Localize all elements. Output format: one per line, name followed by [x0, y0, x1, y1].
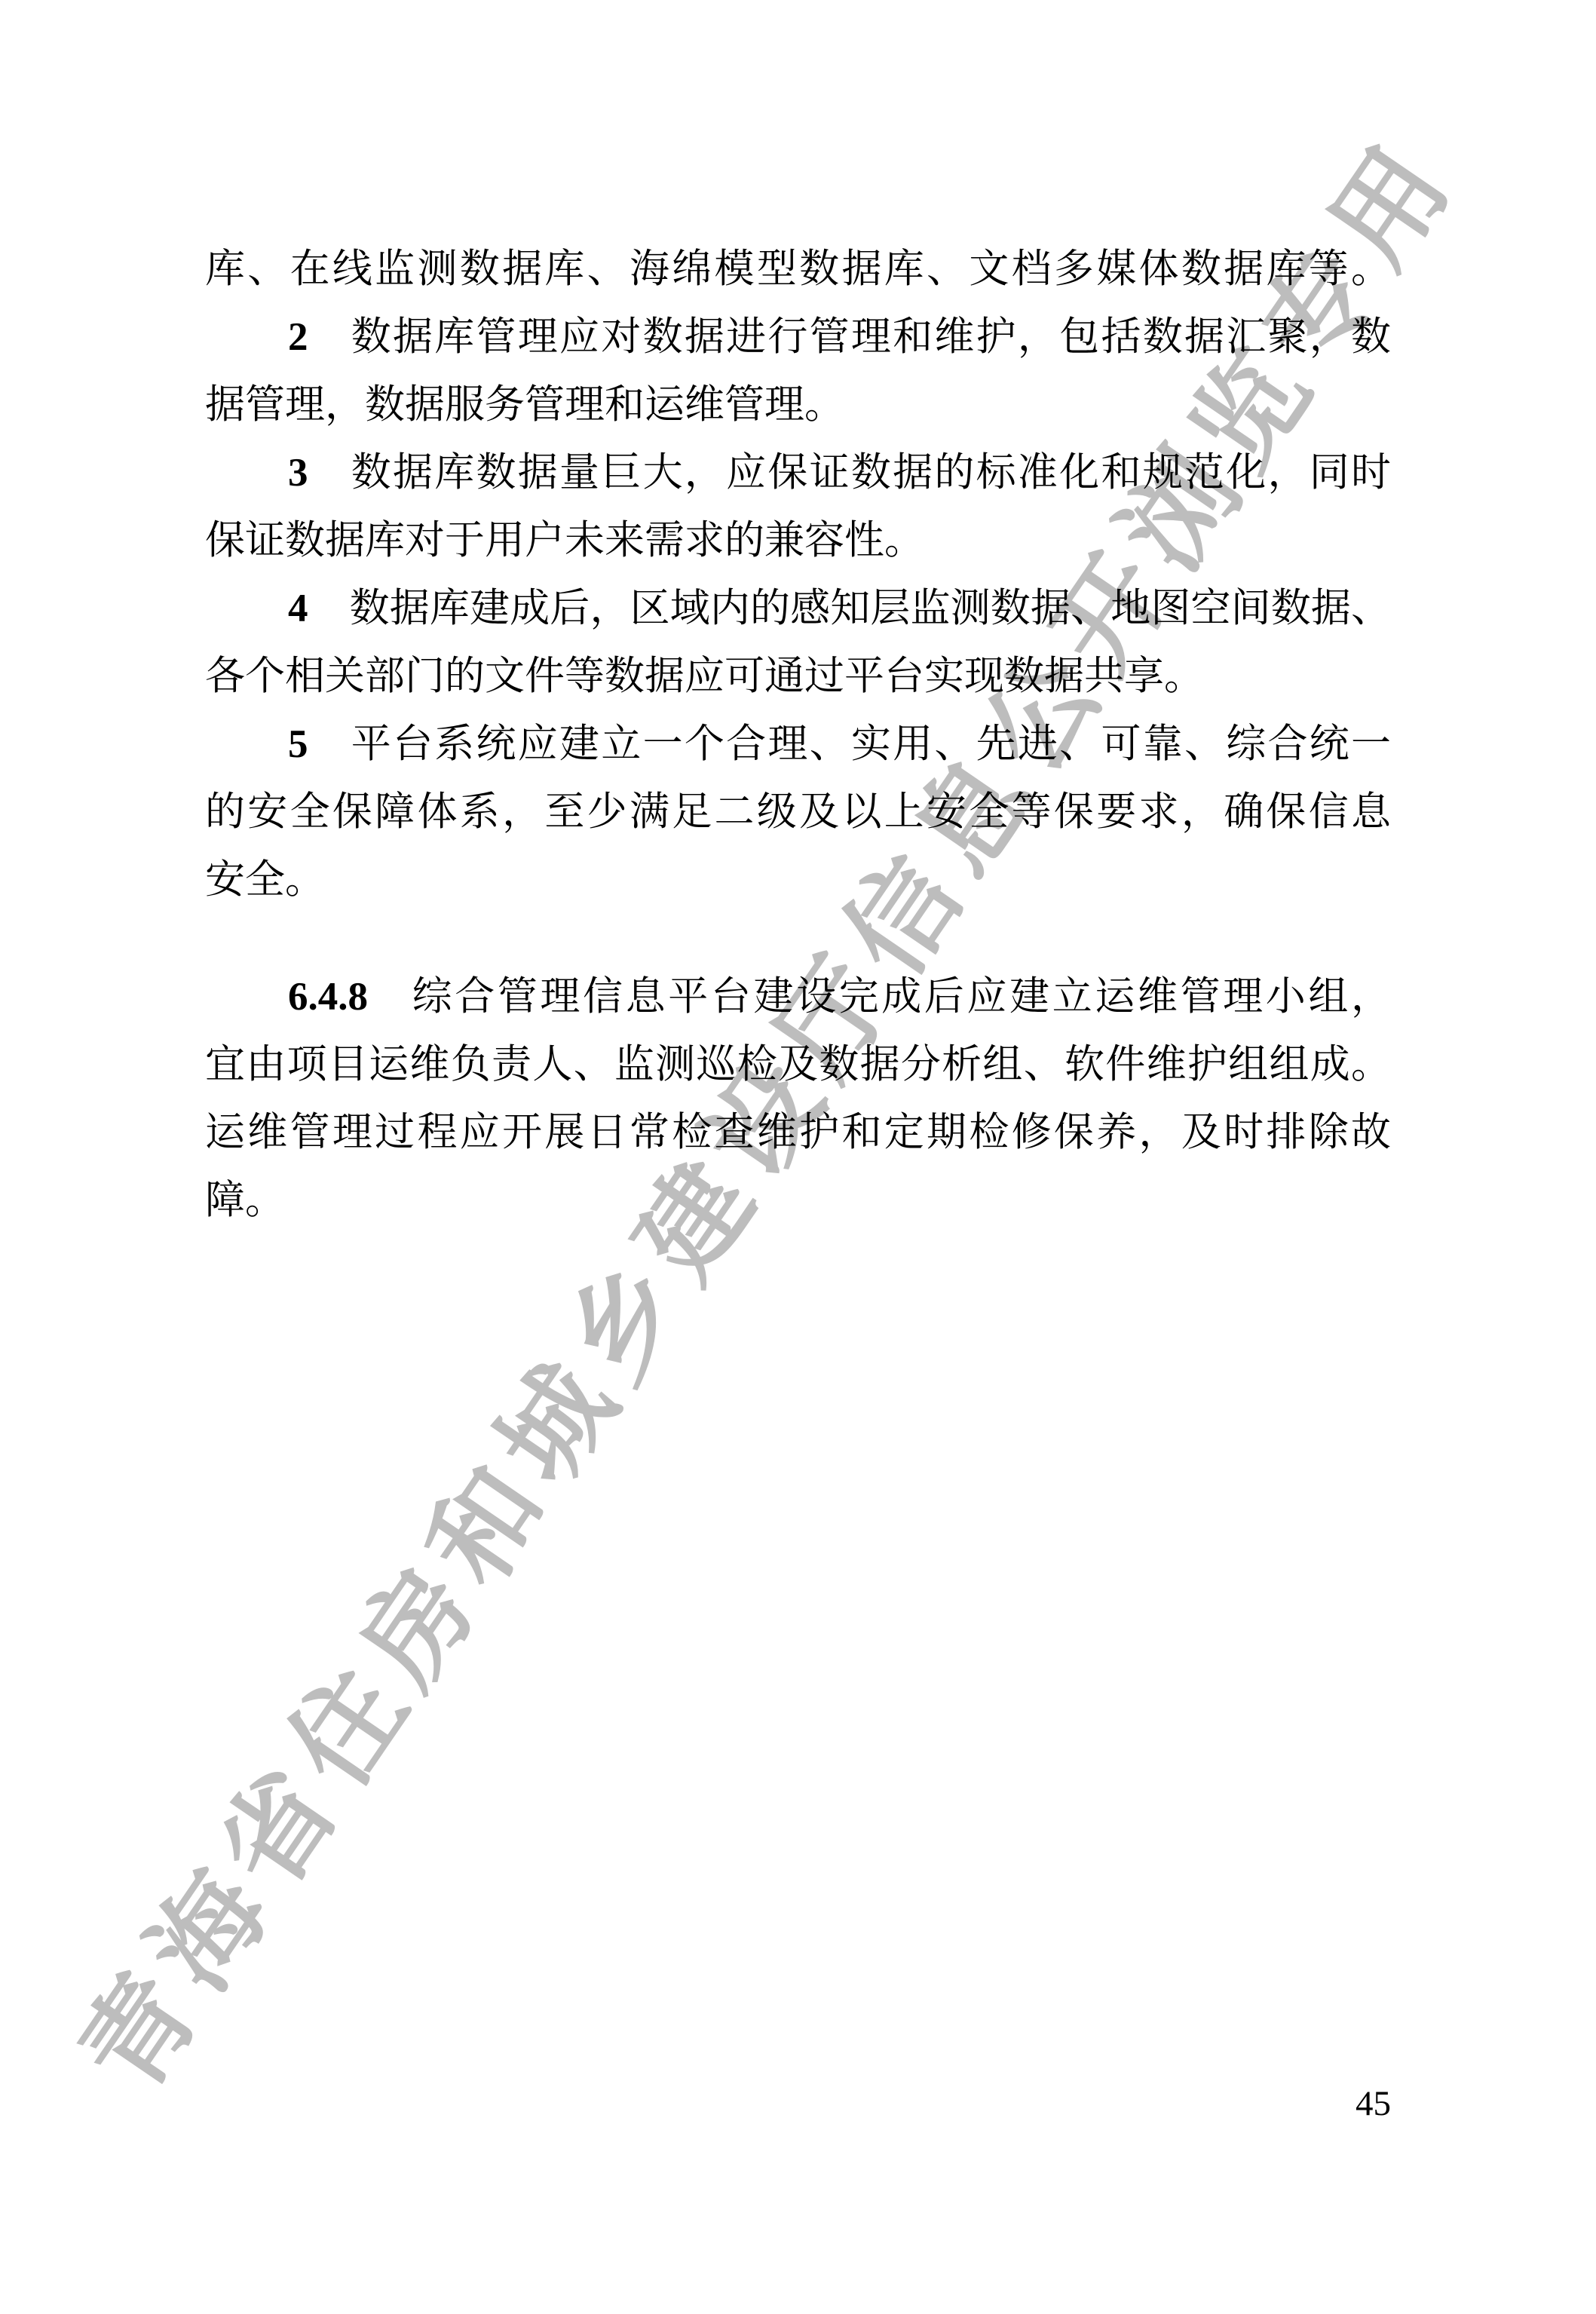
- text-line: 2数据库管理应对数据进行管理和维护，包括数据汇聚，数: [205, 303, 1391, 371]
- clause-number: 3: [288, 451, 308, 495]
- line-text: 安全。: [205, 858, 325, 902]
- line-text: 据管理，数据服务管理和运维管理。: [205, 383, 844, 427]
- line-text: 保证数据库对于用户未来需求的兼容性。: [205, 519, 924, 562]
- text-line: 5平台系统应建立一个合理、实用、先进、可靠、综合统一: [205, 710, 1391, 778]
- text-line: 障。: [205, 1166, 1391, 1234]
- line-text: 宜由项目运维负责人、监测巡检及数据分析组、软件维护组组成。: [205, 1043, 1391, 1087]
- text-line: 运维管理过程应开展日常检查维护和定期检修保养，及时排除故: [205, 1099, 1391, 1166]
- text-line: 各个相关部门的文件等数据应可通过平台实现数据共享。: [205, 642, 1391, 710]
- line-text: 数据库管理应对数据进行管理和维护，包括数据汇聚，数: [350, 315, 1392, 359]
- clause-number: 5: [288, 722, 308, 766]
- document-body: 库、在线监测数据库、海绵模型数据库、文档多媒体数据库等。2数据库管理应对数据进行…: [205, 235, 1391, 1234]
- line-text: 综合管理信息平台建设完成后应建立运维管理小组，: [409, 975, 1391, 1019]
- text-line: 据管理，数据服务管理和运维管理。: [205, 371, 1391, 439]
- line-text: 的安全保障体系，至少满足二级及以上安全等保要求，确保信息: [205, 790, 1391, 834]
- line-text: 平台系统应建立一个合理、实用、先进、可靠、综合统一: [350, 722, 1392, 766]
- line-text: 障。: [205, 1178, 285, 1222]
- paragraph-spacer: [205, 914, 1391, 963]
- text-line: 3数据库数据量巨大，应保证数据的标准化和规范化，同时: [205, 439, 1391, 507]
- clause-number: 2: [288, 315, 308, 359]
- line-text: 数据库建成后，区域内的感知层监测数据、地图空间数据、: [350, 587, 1392, 630]
- line-text: 运维管理过程应开展日常检查维护和定期检修保养，及时排除故: [205, 1111, 1391, 1154]
- clause-number: 4: [288, 587, 308, 630]
- text-line: 保证数据库对于用户未来需求的兼容性。: [205, 507, 1391, 575]
- text-line: 6.4.8综合管理信息平台建设完成后应建立运维管理小组，: [205, 963, 1391, 1031]
- line-text: 数据库数据量巨大，应保证数据的标准化和规范化，同时: [350, 451, 1392, 495]
- text-line: 4数据库建成后，区域内的感知层监测数据、地图空间数据、: [205, 575, 1391, 642]
- clause-number: 6.4.8: [288, 975, 368, 1019]
- line-text: 库、在线监测数据库、海绵模型数据库、文档多媒体数据库等。: [205, 247, 1391, 291]
- text-line: 库、在线监测数据库、海绵模型数据库、文档多媒体数据库等。: [205, 235, 1391, 303]
- text-line: 安全。: [205, 846, 1391, 914]
- line-text: 各个相关部门的文件等数据应可通过平台实现数据共享。: [205, 654, 1204, 698]
- text-line: 宜由项目运维负责人、监测巡检及数据分析组、软件维护组组成。: [205, 1031, 1391, 1099]
- page-number: 45: [1356, 2083, 1391, 2125]
- document-page: 青海省住房和城乡建设厅信息公开浏览专用 库、在线监测数据库、海绵模型数据库、文档…: [0, 0, 1596, 2314]
- text-line: 的安全保障体系，至少满足二级及以上安全等保要求，确保信息: [205, 778, 1391, 846]
